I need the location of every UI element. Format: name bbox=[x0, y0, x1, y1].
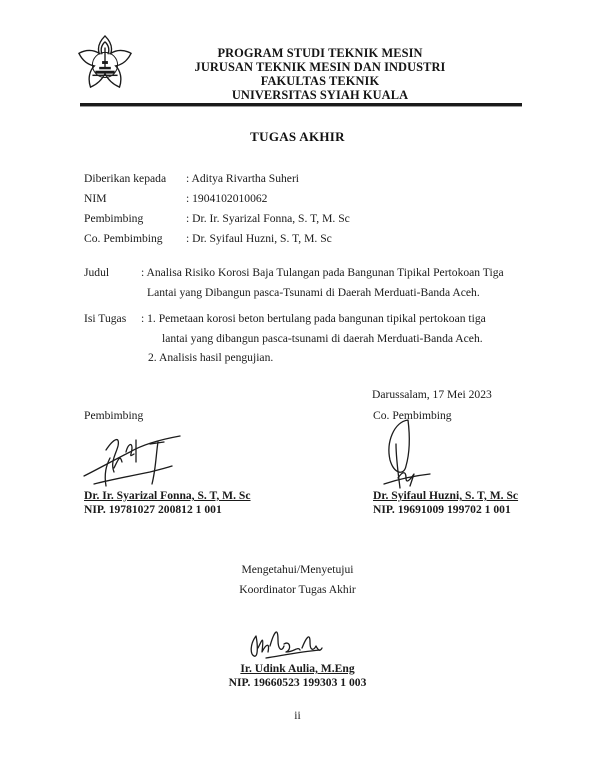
judul-label: Judul bbox=[84, 266, 109, 280]
coordinator-name: Ir. Udink Aulia, M.Eng bbox=[0, 662, 595, 676]
isi-tugas-item-1-line-1: : 1. Pemetaan korosi beton bertulang pad… bbox=[141, 312, 486, 326]
co-supervisor-name: Dr. Syifaul Huzni, S. T, M. Sc bbox=[373, 489, 518, 503]
isi-tugas-item-2: 2. Analisis hasil pengujian. bbox=[148, 351, 273, 365]
supervisor-nip: NIP. 19781027 200812 1 001 bbox=[84, 503, 222, 517]
info-value-supervisor: : Dr. Ir. Syarizal Fonna, S. T, M. Sc bbox=[186, 212, 350, 226]
supervisor-signature bbox=[80, 432, 190, 492]
judul-line-1: : Analisa Risiko Korosi Baja Tulangan pa… bbox=[141, 266, 504, 280]
page-number: ii bbox=[0, 709, 595, 723]
department-name: JURUSAN TEKNIK MESIN DAN INDUSTRI bbox=[140, 60, 500, 74]
info-value-recipient: : Aditya Rivartha Suheri bbox=[186, 172, 299, 186]
co-supervisor-signature bbox=[380, 418, 450, 492]
info-label-co-supervisor: Co. Pembimbing bbox=[84, 232, 163, 246]
co-supervisor-nip: NIP. 19691009 199702 1 001 bbox=[373, 503, 511, 517]
header-divider-shadow bbox=[80, 106, 522, 107]
document-title: TUGAS AKHIR bbox=[0, 129, 595, 145]
supervisor-role: Pembimbing bbox=[84, 409, 143, 423]
coordinator-nip: NIP. 19660523 199303 1 003 bbox=[0, 676, 595, 690]
judul-line-2: Lantai yang Dibangun pasca-Tsunami di Da… bbox=[147, 286, 480, 300]
program-name: PROGRAM STUDI TEKNIK MESIN bbox=[140, 46, 500, 60]
coordinator-role: Koordinator Tugas Akhir bbox=[0, 583, 595, 597]
info-value-co-supervisor: : Dr. Syifaul Huzni, S. T, M. Sc bbox=[186, 232, 332, 246]
info-label-supervisor: Pembimbing bbox=[84, 212, 143, 226]
approval-label: Mengetahui/Menyetujui bbox=[0, 563, 595, 577]
university-emblem-icon bbox=[76, 34, 134, 92]
isi-tugas-label: Isi Tugas bbox=[84, 312, 126, 326]
info-value-nim: : 1904102010062 bbox=[186, 192, 267, 206]
place-date: Darussalam, 17 Mei 2023 bbox=[372, 388, 492, 402]
supervisor-name: Dr. Ir. Syarizal Fonna, S. T, M. Sc bbox=[84, 489, 251, 503]
isi-tugas-item-1-line-2: lantai yang dibangun pasca-tsunami di da… bbox=[162, 332, 483, 346]
faculty-name: FAKULTAS TEKNIK bbox=[140, 74, 500, 88]
university-name: UNIVERSITAS SYIAH KUALA bbox=[140, 88, 500, 102]
info-label-recipient: Diberikan kepada bbox=[84, 172, 166, 186]
coordinator-signature bbox=[248, 622, 328, 662]
info-label-nim: NIM bbox=[84, 192, 107, 206]
